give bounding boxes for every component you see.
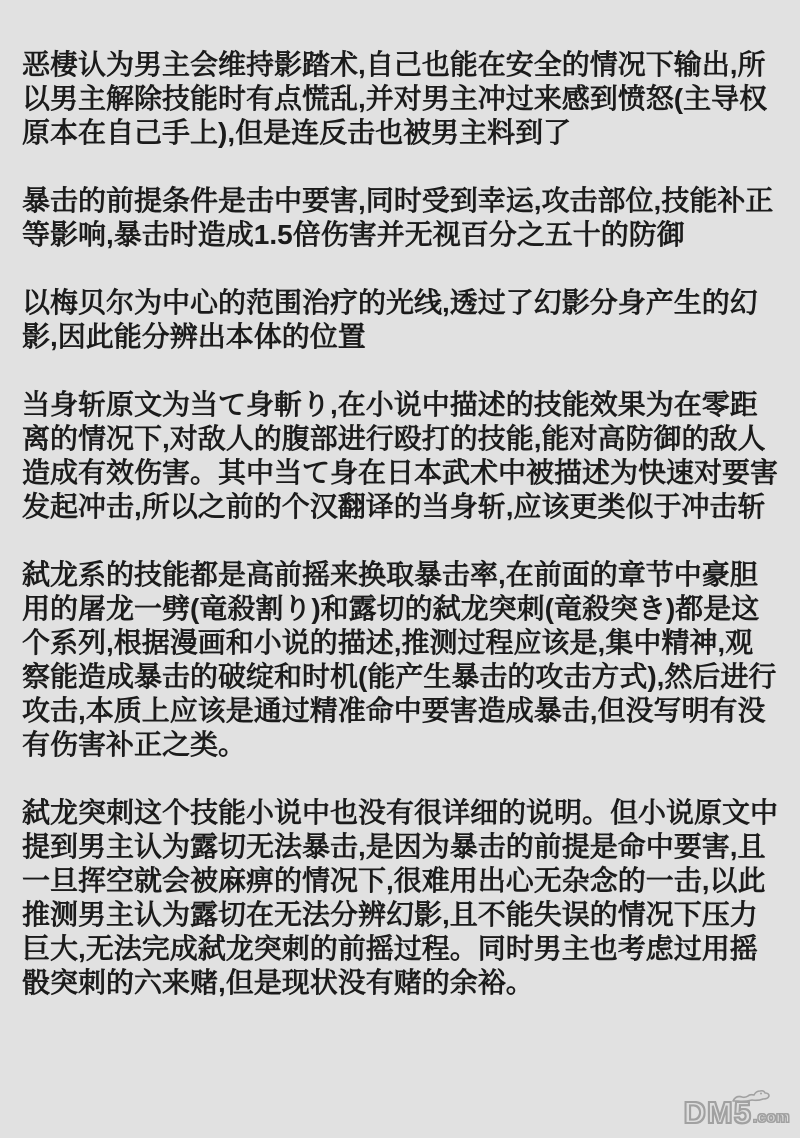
note-paragraph-4: 当身斩原文为当て身斬り,在小说中描述的技能效果为在零距离的情况下,对敌人的腹部进… <box>22 388 778 524</box>
note-paragraph-2: 暴击的前提条件是击中要害,同时受到幸运,攻击部位,技能补正等影响,暴击时造成1.… <box>22 184 778 252</box>
note-paragraph-5: 弑龙系的技能都是高前摇来换取暴击率,在前面的章节中豪胆用的屠龙一劈(竜殺割り)和… <box>22 558 778 762</box>
dm5-logo-suffix: .com <box>753 1110 790 1125</box>
translator-notes-block: 恶棲认为男主会维持影踏术,自己也能在安全的情况下输出,所以男主解除技能时有点慌乱… <box>0 0 800 1000</box>
dm5-mascot-icon <box>730 1087 772 1105</box>
note-paragraph-6: 弑龙突刺这个技能小说中也没有很详细的说明。但小说原文中提到男主认为露切无法暴击,… <box>22 796 778 1000</box>
note-paragraph-1: 恶棲认为男主会维持影踏术,自己也能在安全的情况下输出,所以男主解除技能时有点慌乱… <box>22 48 778 150</box>
dm5-watermark: DM5.com <box>684 1100 790 1126</box>
manga-note-page: 恶棲认为男主会维持影踏术,自己也能在安全的情况下输出,所以男主解除技能时有点慌乱… <box>0 0 800 1138</box>
note-paragraph-3: 以梅贝尔为中心的范围治疗的光线,透过了幻影分身产生的幻影,因此能分辨出本体的位置 <box>22 286 778 354</box>
